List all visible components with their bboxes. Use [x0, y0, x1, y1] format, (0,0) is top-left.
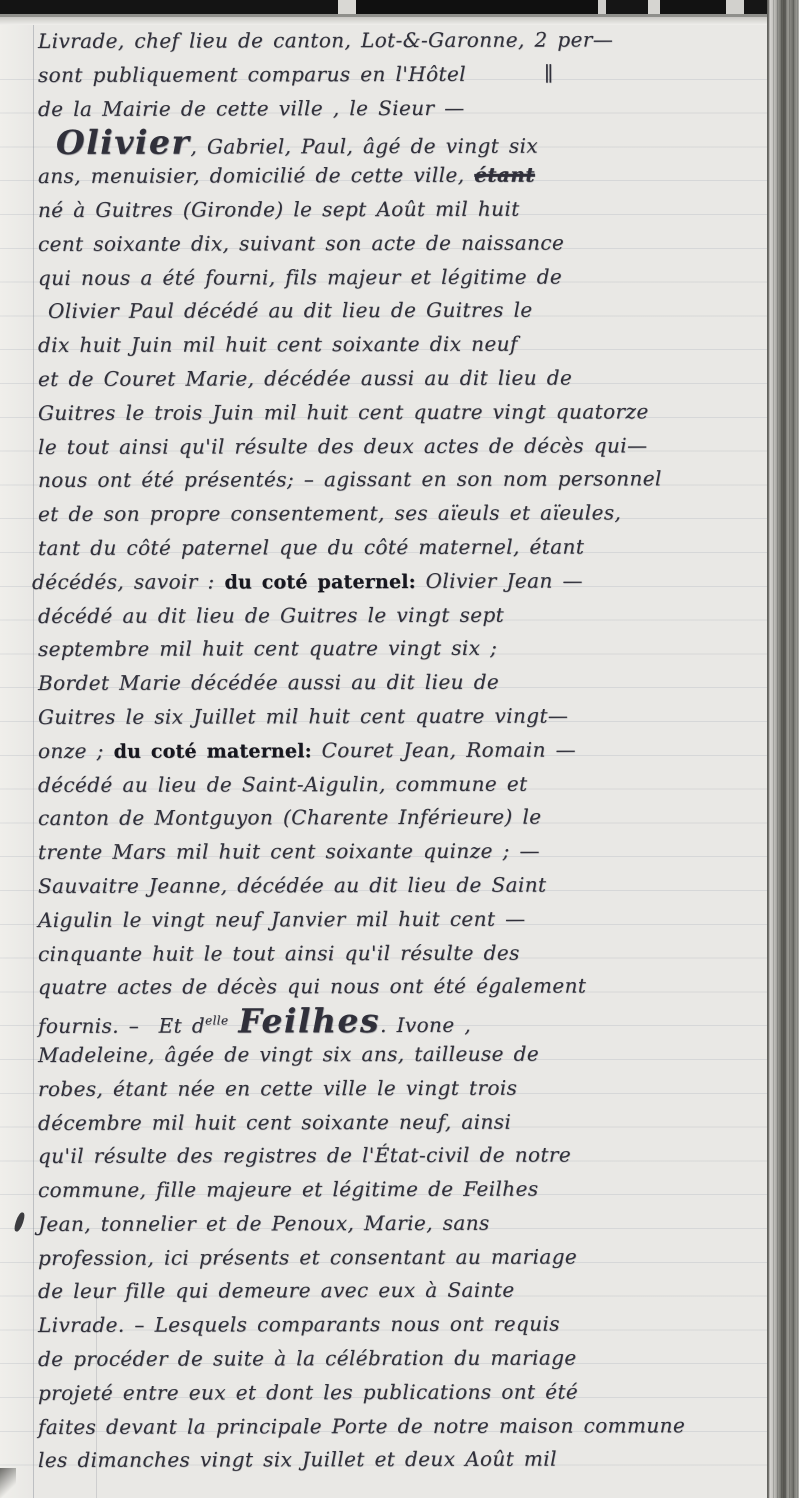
manuscript-line: profession, ici présents et consentant a…	[38, 1240, 768, 1276]
text-segment: , Gabriel, Paul, âgé de vingt six	[190, 134, 538, 159]
manuscript-line: et de Couret Marie, décédée aussi au dit…	[38, 361, 768, 397]
scanned-register-page: Livrade, chef lieu de canton, Lot-&-Garo…	[0, 0, 799, 1498]
manuscript-line: commune, fille majeure et légitime de Fe…	[38, 1172, 768, 1208]
manuscript-line: né à Guitres (Gironde) le sept Août mil …	[38, 192, 768, 228]
manuscript-line: nous ont été présentés; – agissant en so…	[38, 462, 768, 498]
text-segment: onze ;	[38, 738, 114, 762]
manuscript-line: Guitres le six Juillet mil huit cent qua…	[38, 699, 768, 735]
manuscript-line: de procéder de suite à la célébration du…	[38, 1341, 768, 1377]
scan-top-edge	[0, 0, 799, 17]
manuscript-line: Livrade, chef lieu de canton, Lot-&-Garo…	[38, 23, 768, 59]
manuscript-line: septembre mil huit cent quatre vingt six…	[38, 631, 768, 667]
manuscript-line: le tout ainsi qu'il résulte des deux act…	[38, 429, 768, 465]
manuscript-line: sont publiquement comparus en l'Hôtel ∥	[38, 57, 768, 93]
manuscript-line: de leur fille qui demeure avec eux à Sai…	[38, 1274, 768, 1310]
text-segment: Olivier Jean —	[416, 568, 583, 592]
manuscript-line: Jean, tonnelier et de Penoux, Marie, san…	[38, 1206, 768, 1242]
manuscript-line: décédés, savoir : du coté paternel: Oliv…	[32, 564, 768, 600]
manuscript-line: qu'il résulte des registres de l'État-ci…	[38, 1138, 768, 1174]
margin-rule-line	[33, 16, 34, 1498]
manuscript-line: décédé au lieu de Saint-Aigulin, commune…	[38, 767, 768, 803]
manuscript-line: Olivier Paul décédé au dit lieu de Guitr…	[38, 293, 768, 329]
manuscript-line: trente Mars mil huit cent soixante quinz…	[38, 834, 768, 870]
manuscript-line: robes, étant née en cette ville le vingt…	[38, 1071, 768, 1107]
manuscript-line: Madeleine, âgée de vingt six ans, taille…	[38, 1037, 768, 1073]
text-segment: . Ivone ,	[380, 1013, 471, 1037]
manuscript-line: tant du côté paternel que du côté matern…	[38, 530, 768, 566]
manuscript-line: Guitres le trois Juin mil huit cent quat…	[38, 395, 768, 431]
manuscript-line: fournis. – Et delle Feilhes. Ivone ,	[38, 1003, 768, 1039]
bridegroom-surname: Olivier	[56, 123, 191, 162]
manuscript-line: Aigulin le vingt neuf Janvier mil huit c…	[38, 902, 768, 938]
text-segment: fournis. – Et d	[38, 1014, 205, 1038]
manuscript-line: Livrade. – Lesquels comparants nous ont …	[38, 1307, 768, 1343]
manuscript-line: quatre actes de décès qui nous ont été é…	[38, 969, 768, 1005]
struck-out-word: étant	[474, 163, 535, 187]
page-top-fold	[0, 17, 799, 25]
page-left-margin	[0, 14, 30, 1498]
manuscript-line: Sauvaitre Jeanne, décédée au dit lieu de…	[38, 868, 768, 904]
marginal-annotation-maternal: du coté maternel:	[114, 740, 312, 763]
page-right-binding-edge	[767, 0, 799, 1498]
manuscript-line: projeté entre eux et dont les publicatio…	[38, 1375, 768, 1411]
manuscript-line: canton de Montguyon (Charente Inférieure…	[38, 800, 768, 836]
manuscript-line: onze ; du coté maternel: Couret Jean, Ro…	[38, 733, 768, 769]
manuscript-line: de la Mairie de cette ville , le Sieur —	[38, 91, 768, 127]
manuscript-line: décembre mil huit cent soixante neuf, ai…	[38, 1105, 768, 1141]
text-segment: Couret Jean, Romain —	[312, 737, 576, 762]
manuscript-line: Olivier, Gabriel, Paul, âgé de vingt six	[38, 124, 768, 160]
marginal-annotation-paternal: du coté paternel:	[224, 571, 416, 594]
manuscript-line: faites devant la principale Porte de not…	[38, 1409, 768, 1445]
manuscript-line: les dimanches vingt six Juillet et deux …	[38, 1443, 768, 1479]
page-corner-shadow	[0, 1468, 16, 1498]
manuscript-text: Livrade, chef lieu de canton, Lot-&-Garo…	[38, 24, 768, 1477]
text-segment: décédés, savoir :	[32, 569, 224, 594]
manuscript-line: dix huit Juin mil huit cent soixante dix…	[38, 327, 768, 363]
superscript-abbreviation: elle	[205, 1014, 229, 1028]
manuscript-line: Bordet Marie décédée aussi au dit lieu d…	[38, 665, 768, 701]
manuscript-line: et de son propre consentement, ses aïeul…	[38, 496, 768, 532]
text-segment: ans, menuisier, domicilié de cette ville…	[38, 163, 474, 188]
manuscript-line: cent soixante dix, suivant son acte de n…	[38, 226, 768, 262]
manuscript-line: décédé au dit lieu de Guitres le vingt s…	[38, 598, 768, 634]
manuscript-line: ans, menuisier, domicilié de cette ville…	[38, 158, 768, 194]
manuscript-line: cinquante huit le tout ainsi qu'il résul…	[38, 936, 768, 972]
text-segment	[229, 1014, 239, 1038]
manuscript-line: qui nous a été fourni, fils majeur et lé…	[38, 260, 768, 296]
bride-surname: Feilhes	[238, 1001, 380, 1040]
